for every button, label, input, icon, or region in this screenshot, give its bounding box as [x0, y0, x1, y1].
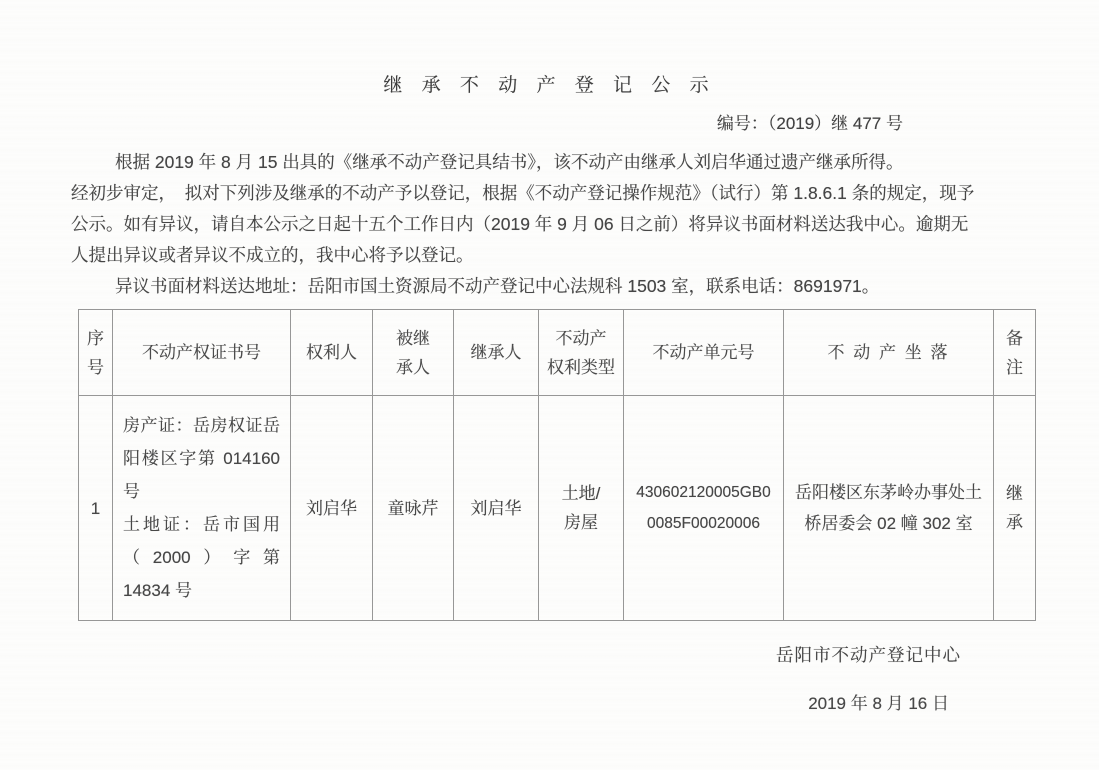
notice-line-2: 经初步审定， 拟对下列涉及继承的不动产予以登记，根据《不动产登记操作规范》（试行… [71, 178, 1063, 209]
table-header-row: 序 号 不动产权证书号 权利人 被继 承人 继承人 不动产 权利类型 不动产单元… [79, 310, 1036, 396]
issue-date: 2019 年 8 月 16 日 [0, 689, 1099, 714]
column-header-heir: 继承人 [454, 310, 539, 396]
notice-line-5: 异议书面材料送达地址：岳阳市国土资源局不动产登记中心法规科 1503 室，联系电… [71, 271, 1063, 302]
cell-remark: 继 承 [994, 396, 1036, 621]
cell-decedent: 童咏芹 [373, 396, 454, 621]
cell-location: 岳阳楼区东茅岭办事处土桥居委会 02 幢 302 室 [784, 396, 994, 621]
cell-seq: 1 [79, 396, 113, 621]
column-header-remark: 备 注 [994, 310, 1036, 396]
notice-line-4: 人提出异议或者异议不成立的，我中心将予以登记。 [71, 240, 1063, 271]
column-header-right-holder: 权利人 [291, 310, 373, 396]
cell-heir: 刘启华 [454, 396, 539, 621]
column-header-location: 不 动 产 坐 落 [784, 310, 994, 396]
cell-right-type: 土地/ 房屋 [539, 396, 624, 621]
column-header-decedent: 被继 承人 [373, 310, 454, 396]
column-header-right-type: 不动产 权利类型 [539, 310, 624, 396]
cell-right-holder: 刘启华 [291, 396, 373, 621]
table-row: 1 房产证：岳房权证岳阳楼区字第 014160 号 土地证：岳市国用（2000）… [79, 396, 1036, 621]
notice-line-1: 根据 2019 年 8 月 15 出具的《继承不动产登记具结书》，该不动产由继承… [71, 147, 1063, 178]
cell-unit-number: 430602120005GB00085F00020006 [624, 396, 784, 621]
column-header-seq: 序 号 [79, 310, 113, 396]
notice-body: 根据 2019 年 8 月 15 出具的《继承不动产登记具结书》，该不动产由继承… [0, 147, 1099, 302]
column-header-certificate: 不动产权证书号 [113, 310, 291, 396]
property-table: 序 号 不动产权证书号 权利人 被继 承人 继承人 不动产 权利类型 不动产单元… [78, 309, 1036, 621]
cell-certificate: 房产证：岳房权证岳阳楼区字第 014160 号 土地证：岳市国用（2000）字第… [113, 396, 291, 621]
document-page: 继 承 不 动 产 登 记 公 示 编号：（2019）继 477 号 根据 20… [0, 0, 1099, 770]
issuing-organization: 岳阳市不动产登记中心 [0, 642, 1099, 667]
column-header-unit-number: 不动产单元号 [624, 310, 784, 396]
notice-line-3: 公示。如有异议，请自本公示之日起十五个工作日内（2019 年 9 月 06 日之… [71, 209, 1063, 240]
document-title: 继 承 不 动 产 登 记 公 示 [0, 70, 1099, 97]
document-number: 编号：（2019）继 477 号 [0, 109, 1099, 134]
